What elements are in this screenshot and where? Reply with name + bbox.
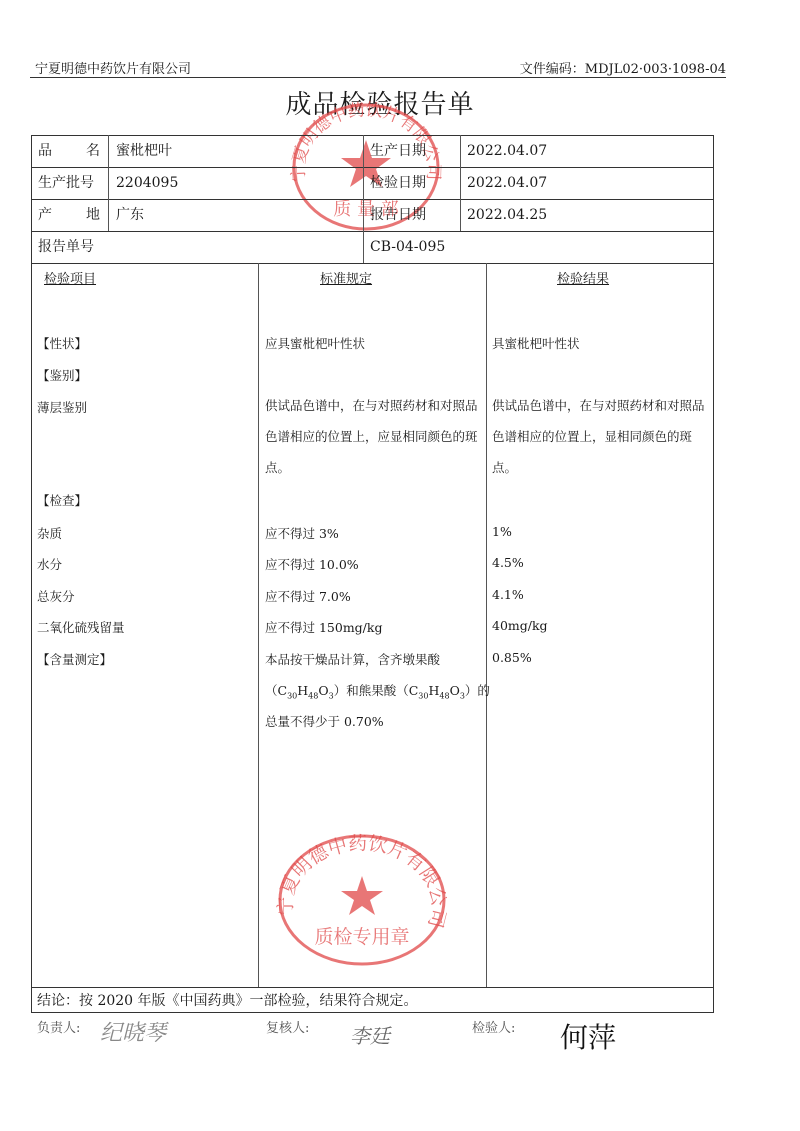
inspector-label: 检验人: [472,1017,515,1036]
batch-number-value: 2204095 [116,167,178,199]
column-header-result: 检验结果 [557,268,609,287]
standard-assay-line3: 总量不得少于 0.70% [265,712,384,730]
standard-impurity: 应不得过 3% [265,524,339,542]
report-date-value: 2022.04.25 [467,199,547,231]
report-number-value: CB-04-095 [370,231,445,263]
batch-number-label: 生产批号 [38,167,94,199]
result-character: 具蜜枇杷叶性状 [492,334,580,352]
responsible-signature: 纪晓琴 [100,1016,166,1047]
page-title: 成品检验报告单 [0,84,760,121]
item-moisture: 水分 [37,555,62,573]
item-inspection: 【检查】 [37,491,87,509]
item-so2: 二氧化硫残留量 [37,618,125,636]
report-table [31,135,714,1013]
result-tlc: 供试品色谱中，在与对照药材和对照品色谱相应的位置上，显相同颜色的斑点。 [492,390,714,483]
header-divider [30,77,726,78]
reviewer-label: 复核人: [266,1017,309,1036]
standard-character: 应具蜜枇杷叶性状 [265,334,365,352]
test-date-label: 检验日期 [370,167,426,199]
result-impurity: 1% [492,524,512,539]
item-tlc: 薄层鉴别 [37,398,87,416]
item-assay: 【含量测定】 [37,650,112,668]
test-date-value: 2022.04.07 [467,167,547,199]
standard-assay-line2: （C30H48O3）和熊果酸（C30H48O3）的 [265,681,490,701]
company-name: 宁夏明德中药饮片有限公司 [35,58,191,77]
product-name-label: 品名 [38,135,100,167]
production-date-label: 生产日期 [370,135,426,167]
responsible-label: 负责人: [37,1017,80,1036]
origin-value: 广东 [116,199,144,231]
document-code: 文件编码：MDJL02·003·1098-04 [520,58,726,77]
standard-moisture: 应不得过 10.0% [265,555,359,573]
result-ash: 4.1% [492,587,524,602]
result-so2: 40mg/kg [492,618,548,633]
standard-ash: 应不得过 7.0% [265,587,351,605]
item-identification: 【鉴别】 [37,366,87,384]
report-number-label: 报告单号 [38,231,94,263]
reviewer-signature: 李廷 [350,1020,390,1049]
product-name-value: 蜜枇杷叶 [116,135,172,167]
result-assay: 0.85% [492,650,532,665]
inspector-signature: 何萍 [560,1016,616,1056]
result-moisture: 4.5% [492,555,524,570]
production-date-value: 2022.04.07 [467,135,547,167]
standard-tlc: 供试品色谱中，在与对照药材和对照品色谱相应的位置上，应显相同颜色的斑点。 [265,390,487,483]
item-character: 【性状】 [37,334,87,352]
standard-so2: 应不得过 150mg/kg [265,618,382,636]
item-impurity: 杂质 [37,524,62,542]
conclusion: 结论：按 2020 年版《中国药典》一部检验，结果符合规定。 [37,990,418,1010]
standard-assay-line1: 本品按干燥品计算，含齐墩果酸 [265,650,440,668]
origin-label: 产地 [38,199,100,231]
report-date-label: 报告日期 [370,199,426,231]
column-header-standard: 标准规定 [320,268,372,287]
item-ash: 总灰分 [37,587,75,605]
column-header-item: 检验项目 [44,268,96,287]
